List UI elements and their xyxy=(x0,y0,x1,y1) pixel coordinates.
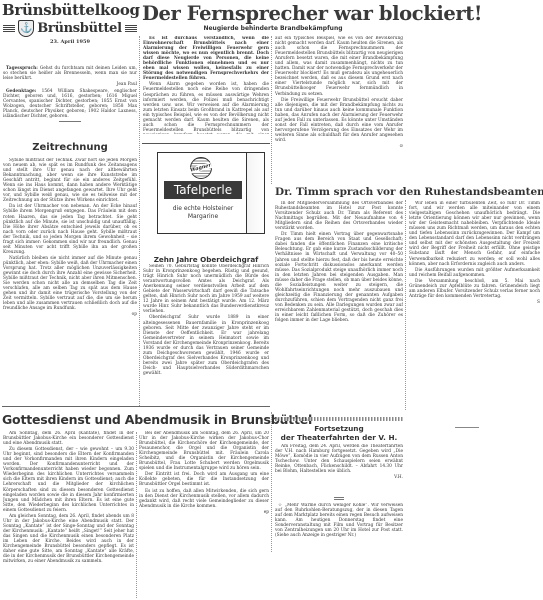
column-separator xyxy=(271,36,272,184)
brand-logo-icon: Wagner xyxy=(190,157,212,179)
zeitrechnung-body: Sybille mißtraut der Technik. Zwar hört … xyxy=(3,158,137,404)
masthead: Brünsbüttelkoog ⚓ Brünsbüttel 23. April … xyxy=(2,2,138,50)
gottesdienst-signature: ep xyxy=(139,510,269,515)
section-rule xyxy=(2,406,270,407)
product-name-banner: Tafelperle xyxy=(164,181,242,199)
masthead-title-line2: Brünsbüttel xyxy=(37,22,122,36)
package-side xyxy=(246,153,264,233)
masthead-title-line1: Brünsbüttelkoog xyxy=(2,2,138,19)
decorative-bars-right xyxy=(125,25,137,33)
theater-body: Am Freitag, dem 24. April, werden die Th… xyxy=(275,444,403,492)
kohle-paragraph: ☆ „Mehr Wärme durch weniger Kohle“. Wir … xyxy=(275,503,403,538)
sidebar-daily-notes: Tagesspruch: Gehst du furchtsam mit dein… xyxy=(3,66,137,124)
decorative-bars-left xyxy=(3,25,15,33)
oberdeichgraf-body: Seinen 70. Geburtstag konnte Oberdeichgr… xyxy=(143,264,269,405)
fernsprecher-signature: ⊙ xyxy=(275,144,403,149)
fernsprecher-body-col2: auf ein typisches Beispiel, wie es von d… xyxy=(275,36,403,184)
divider xyxy=(455,427,479,428)
zeitrechnung-title: Zeitrechnung xyxy=(3,142,137,153)
gottesdienst-headline: Gottesdienst und Abendmusik in Brunsbütt… xyxy=(2,412,270,427)
masthead-row2: ⚓ Brünsbüttel xyxy=(2,20,138,37)
ad-top-rule xyxy=(142,143,270,144)
anchor-crest-icon: ⚓ xyxy=(18,20,34,37)
theater-paragraph: Am Freitag, dem 24. April, werden die Th… xyxy=(275,444,403,474)
ad-tagline: die echte Holsteiner Margarine xyxy=(160,205,246,221)
column-separator xyxy=(405,200,406,410)
issue-date: 23. April 1959 xyxy=(2,39,138,45)
timm-body-col1: In der Mitgliederversammlung des Ortsver… xyxy=(275,201,403,411)
gottesdienst-paragraph: Am gleichen Sonntag, dem 26. April, find… xyxy=(3,514,134,564)
fernsprecher-headline: Der Fernsprecher war blockiert! xyxy=(142,3,404,25)
column-separator xyxy=(271,412,272,552)
column-separator xyxy=(139,36,140,406)
gottesdienst-body-col2: Bei der Abendmusik am Sonntag, dem 26. A… xyxy=(139,431,269,599)
tafelperle-advertisement[interactable]: Wagner Tafelperle die echte Holsteiner M… xyxy=(157,152,265,234)
gottesdienst-paragraph: Es ist zu hoffen, daß allen Mitwirkenden… xyxy=(139,489,269,509)
timm-paragraph: In der Mitgliederversammlung des Ortsver… xyxy=(275,201,403,231)
gottesdienst-paragraph: Zu diesem Gottesdienst, der – wie gewohn… xyxy=(3,447,134,513)
gottesdienst-paragraph: Am Sonntag, dem 26. April (Kantate), fin… xyxy=(3,431,134,446)
zeitrechnung-paragraph: Natürlich bleiben sie nicht immer auf di… xyxy=(3,256,137,312)
divider xyxy=(334,497,344,500)
kohle-notice: ☆ „Mehr Wärme durch weniger Kohle“. Wir … xyxy=(275,503,403,563)
tagesspruch-author: Jean Paul xyxy=(3,82,137,87)
timm-paragraph: Dr. Timm hielt einen Vortrag über gegenw… xyxy=(275,232,403,323)
timm-paragraph: Wir leben in einer turbulenten Zeit, so … xyxy=(409,201,540,267)
divider xyxy=(59,121,81,122)
gottesdienst-paragraph: Bei der Abendmusik am Sonntag, dem 26. A… xyxy=(139,431,269,471)
timm-headline: Dr. Timm sprach vor den Ruhestandsbeamte… xyxy=(275,186,541,198)
timm-paragraph: Die Ausführungen wurden mit größter Aufm… xyxy=(409,268,540,278)
fernsprecher-subheadline: Neugierde behinderte Brandbekämpfung xyxy=(142,25,404,32)
timm-body-col2: Wir leben in einer turbulenten Zeit, so … xyxy=(409,201,540,413)
timm-signature: S xyxy=(409,300,540,305)
oberdeichgraf-paragraph: Seinen 70. Geburtstag konnte Oberdeichgr… xyxy=(143,264,269,314)
timm-paragraph: Die Versammlung beschloß, am 5. Mai nach… xyxy=(409,279,540,299)
gottesdienst-paragraph: Der Eintritt ist frei. Doch wird am Ausg… xyxy=(139,472,269,487)
column-separator xyxy=(136,432,137,598)
gedenktage-text: 1564 William Shakespeare, englischer Dic… xyxy=(3,89,137,119)
zeitrechnung-paragraph: Da ist der Uhrmacher von nebenan. An der… xyxy=(3,204,137,254)
fernsprecher-paragraph: Wenn Alarm gegeben worden ist, haben die… xyxy=(143,82,269,134)
theater-signature: V.H. xyxy=(275,475,403,480)
zeitrechnung-signature: op xyxy=(3,312,137,317)
gottesdienst-body-col1: Am Sonntag, dem 26. April (Kantate), fin… xyxy=(3,431,134,599)
theater-title: Fortsetzung der Theaterfahrten der V. H. xyxy=(275,425,403,442)
fernsprecher-paragraph: Die Freiwillige Feuerwehr Brunsbüttel er… xyxy=(275,98,403,143)
oberdeichgraf-paragraph: Oberdeichgraf Suhr wurde 1889 in einer a… xyxy=(143,315,269,376)
fernsprecher-body-col1: Es ist durchaus verständlich, wenn die E… xyxy=(143,36,269,134)
oberdeichgraf-title: Zehn Jahre Oberdeichgraf xyxy=(142,255,270,264)
decorative-border xyxy=(275,417,403,421)
zeitrechnung-paragraph: Sybille mißtraut der Technik. Zwar hört … xyxy=(3,158,137,203)
fernsprecher-lead: Es ist durchaus verständlich, wenn die E… xyxy=(143,36,269,81)
